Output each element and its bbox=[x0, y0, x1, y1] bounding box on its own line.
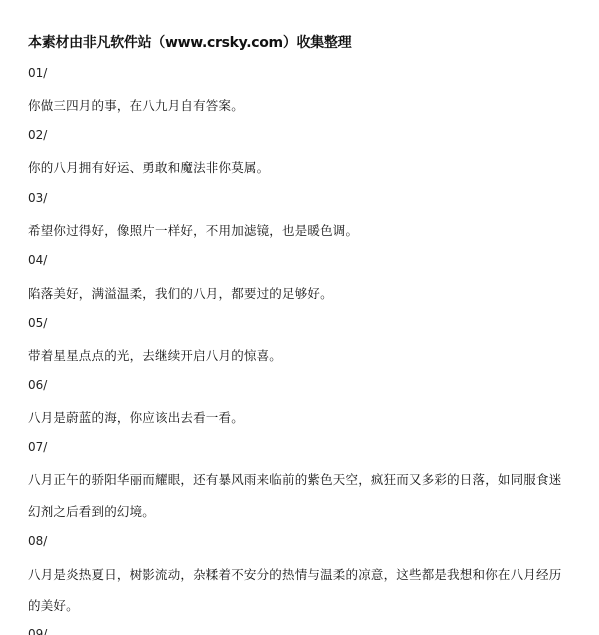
entry-number-04: 04/ bbox=[28, 253, 47, 267]
entry-text-07-line-1: 八月正午的骄阳华丽而耀眼，还有暴风雨来临前的紫色天空，疯狂而又多彩的日落，如同服… bbox=[28, 470, 561, 488]
entry-number-07: 07/ bbox=[28, 440, 47, 454]
entry-text-03: 希望你过得好，像照片一样好，不用加滤镜，也是暖色调。 bbox=[28, 221, 358, 239]
entry-text-04: 陷落美好，满溢温柔，我们的八月，都要过的足够好。 bbox=[28, 284, 333, 302]
entry-number-02: 02/ bbox=[28, 128, 47, 142]
entry-text-01: 你做三四月的事，在八九月自有答案。 bbox=[28, 96, 244, 114]
entry-text-08-line-2: 的美好。 bbox=[28, 596, 79, 614]
entry-number-01: 01/ bbox=[28, 66, 47, 80]
entry-number-09: 09/ bbox=[28, 627, 47, 635]
entry-number-03: 03/ bbox=[28, 191, 47, 205]
entry-text-08-line-1: 八月是炎热夏日，树影流动，杂糅着不安分的热情与温柔的凉意，这些都是我想和你在八月… bbox=[28, 565, 561, 583]
entry-text-06: 八月是蔚蓝的海，你应该出去看一看。 bbox=[28, 408, 244, 426]
entry-number-06: 06/ bbox=[28, 378, 47, 392]
entry-text-02: 你的八月拥有好运、勇敢和魔法非你莫属。 bbox=[28, 158, 269, 176]
entry-text-07-line-2: 幻剂之后看到的幻境。 bbox=[28, 502, 155, 520]
entry-number-05: 05/ bbox=[28, 316, 47, 330]
document-title: 本素材由非凡软件站（www.crsky.com）收集整理 bbox=[28, 32, 351, 52]
entry-number-08: 08/ bbox=[28, 534, 47, 548]
entry-text-05: 带着星星点点的光，去继续开启八月的惊喜。 bbox=[28, 346, 282, 364]
